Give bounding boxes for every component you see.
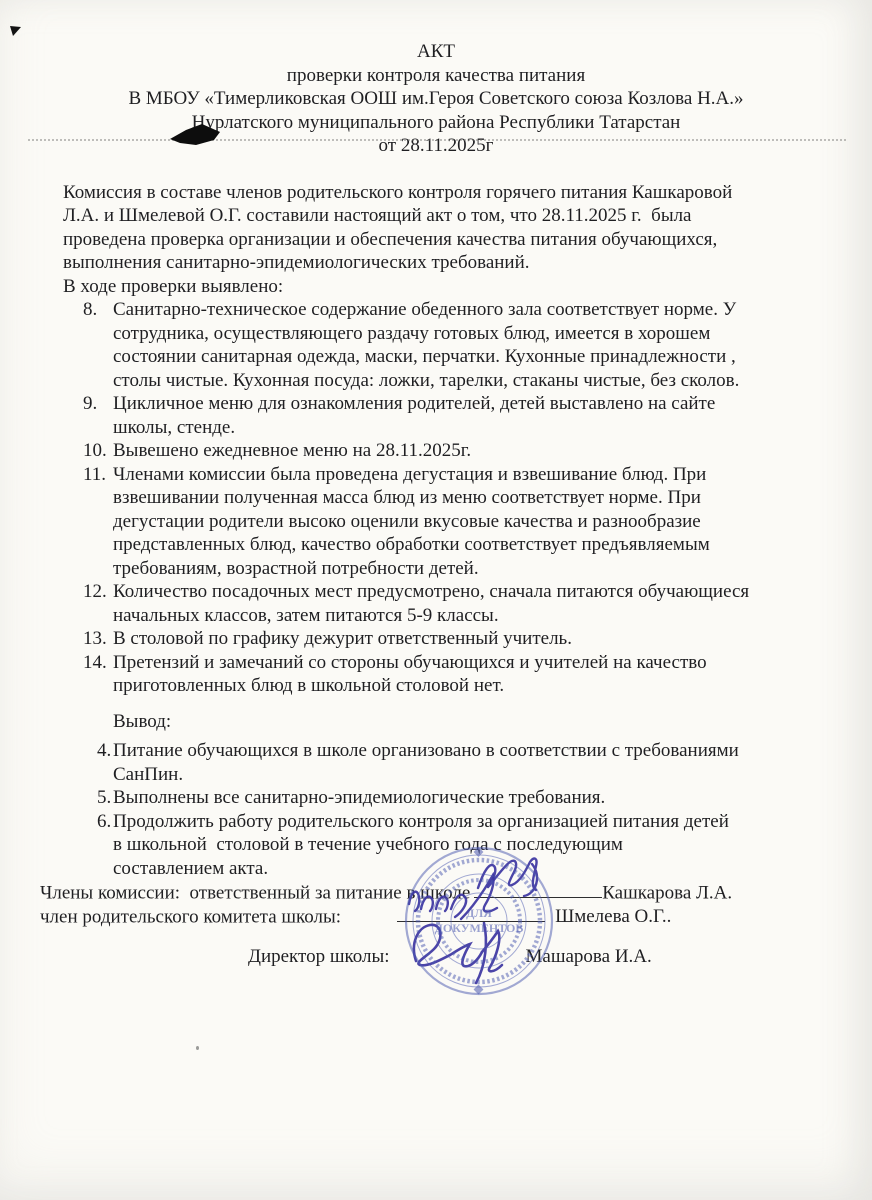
item-number: 10.	[83, 439, 107, 463]
intro-line: выполнения санитарно-эпидемиологических …	[63, 251, 872, 275]
intro-paragraph: Комиссия в составе членов родительского …	[63, 181, 872, 299]
findings-list: 8.Санитарно-техническое содержание обеде…	[63, 298, 872, 698]
text-line: В столовой по графику дежурит ответствен…	[113, 627, 872, 651]
text-line: сотрудника, осуществляющего раздачу гото…	[113, 322, 872, 346]
intro-line: Комиссия в составе членов родительского …	[63, 181, 872, 205]
finding-item: 12.Количество посадочных мест предусмотр…	[63, 580, 872, 627]
text-line: Выполнены все санитарно-эпидемиологическ…	[113, 786, 872, 810]
text-line: дегустации родители высоко оценили вкусо…	[113, 510, 872, 534]
director-signature-ink	[404, 915, 520, 987]
scan-line-artifact	[28, 139, 846, 141]
scan-corner-mark	[10, 26, 24, 38]
text-line: требованиям, возрастной потребности дете…	[113, 557, 872, 581]
text-line: Членами комиссии была проведена дегустац…	[113, 463, 872, 487]
text-line: Претензий и замечаний со стороны обучающ…	[113, 651, 872, 675]
conclusion-item: 5.Выполнены все санитарно-эпидемиологиче…	[63, 786, 872, 810]
scan-speck-artifact	[196, 1046, 199, 1050]
title-line: Нурлатского муниципального района Респуб…	[0, 111, 872, 135]
title-line: от 28.11.2025г	[0, 134, 872, 158]
intro-line: проведена проверка организации и обеспеч…	[63, 228, 872, 252]
conclusions-list: 4.Питание обучающихся в школе организова…	[63, 739, 872, 880]
intro-line: Л.А. и Шмелевой О.Г. составили настоящий…	[63, 204, 872, 228]
text-line: взвешивании полученная масса блюд из мен…	[113, 486, 872, 510]
conclusion-item: 4.Питание обучающихся в школе организова…	[63, 739, 872, 786]
signature-block: Члены комиссии: ответственный за питание…	[40, 880, 872, 969]
text-line: столы чистые. Кухонная посуда: ложки, та…	[113, 369, 872, 393]
item-number: 11.	[83, 463, 106, 487]
ink-blob-artifact	[170, 122, 224, 150]
item-number: 4.	[97, 739, 111, 763]
signature-line-member2	[397, 904, 545, 922]
text-line: представленных блюд, качество обработки …	[113, 533, 872, 557]
text-line: начальных классов, затем питаются 5-9 кл…	[113, 604, 872, 628]
title-line: В МБОУ «Тимерликовская ООШ им.Героя Сове…	[0, 87, 872, 111]
intro-line: В ходе проверки выявлено:	[63, 275, 872, 299]
signature-line-member1	[474, 880, 602, 898]
director-label: Директор школы:	[248, 946, 390, 967]
text-line: Вывешено ежедневное меню на 28.11.2025г.	[113, 439, 872, 463]
finding-item: 11.Членами комиссии была проведена дегус…	[63, 463, 872, 581]
finding-item: 8.Санитарно-техническое содержание обеде…	[63, 298, 872, 392]
members-label: Члены комиссии: ответственный за питание…	[40, 882, 470, 903]
member2-name: Шмелева О.Г..	[555, 906, 671, 927]
text-line: СанПин.	[113, 763, 872, 787]
item-number: 13.	[83, 627, 107, 651]
document-page: АКТпроверки контроля качества питанияВ М…	[0, 0, 872, 1200]
member2-label: член родительского комитета школы:	[40, 906, 341, 927]
text-line: Питание обучающихся в школе организовано…	[113, 739, 872, 763]
text-line: Количество посадочных мест предусмотрено…	[113, 580, 872, 604]
signature-row-member1: Члены комиссии: ответственный за питание…	[40, 880, 872, 904]
item-number: 8.	[83, 298, 97, 322]
item-number: 14.	[83, 651, 107, 675]
text-line: Цикличное меню для ознакомления родителе…	[113, 392, 872, 416]
conclusion-label: Вывод:	[113, 710, 872, 734]
item-number: 6.	[97, 810, 111, 834]
finding-item: 9.Цикличное меню для ознакомления родите…	[63, 392, 872, 439]
finding-item: 13.В столовой по графику дежурит ответст…	[63, 627, 872, 651]
item-number: 12.	[83, 580, 107, 604]
member1-name: Кашкарова Л.А.	[602, 882, 732, 903]
title-line: АКТ	[0, 40, 872, 64]
text-line: школы, стенде.	[113, 416, 872, 440]
title-line: проверки контроля качества питания	[0, 64, 872, 88]
finding-item: 14.Претензий и замечаний со стороны обуч…	[63, 651, 872, 698]
text-line: составлением акта.	[113, 857, 872, 881]
director-name: Машарова И.А.	[526, 946, 652, 967]
item-number: 9.	[83, 392, 97, 416]
item-number: 5.	[97, 786, 111, 810]
conclusion-item: 6.Продолжить работу родительского контро…	[63, 810, 872, 881]
text-line: Продолжить работу родительского контроля…	[113, 810, 872, 834]
text-line: Санитарно-техническое содержание обеденн…	[113, 298, 872, 322]
signature-row-director: Директор школы: Машарова И.А.	[248, 945, 872, 969]
text-line: приготовленных блюд в школьной столовой …	[113, 674, 872, 698]
text-line: в школьной столовой в течение учебного г…	[113, 833, 872, 857]
text-line: состоянии санитарная одежда, маски, перч…	[113, 345, 872, 369]
finding-item: 10.Вывешено ежедневное меню на 28.11.202…	[63, 439, 872, 463]
